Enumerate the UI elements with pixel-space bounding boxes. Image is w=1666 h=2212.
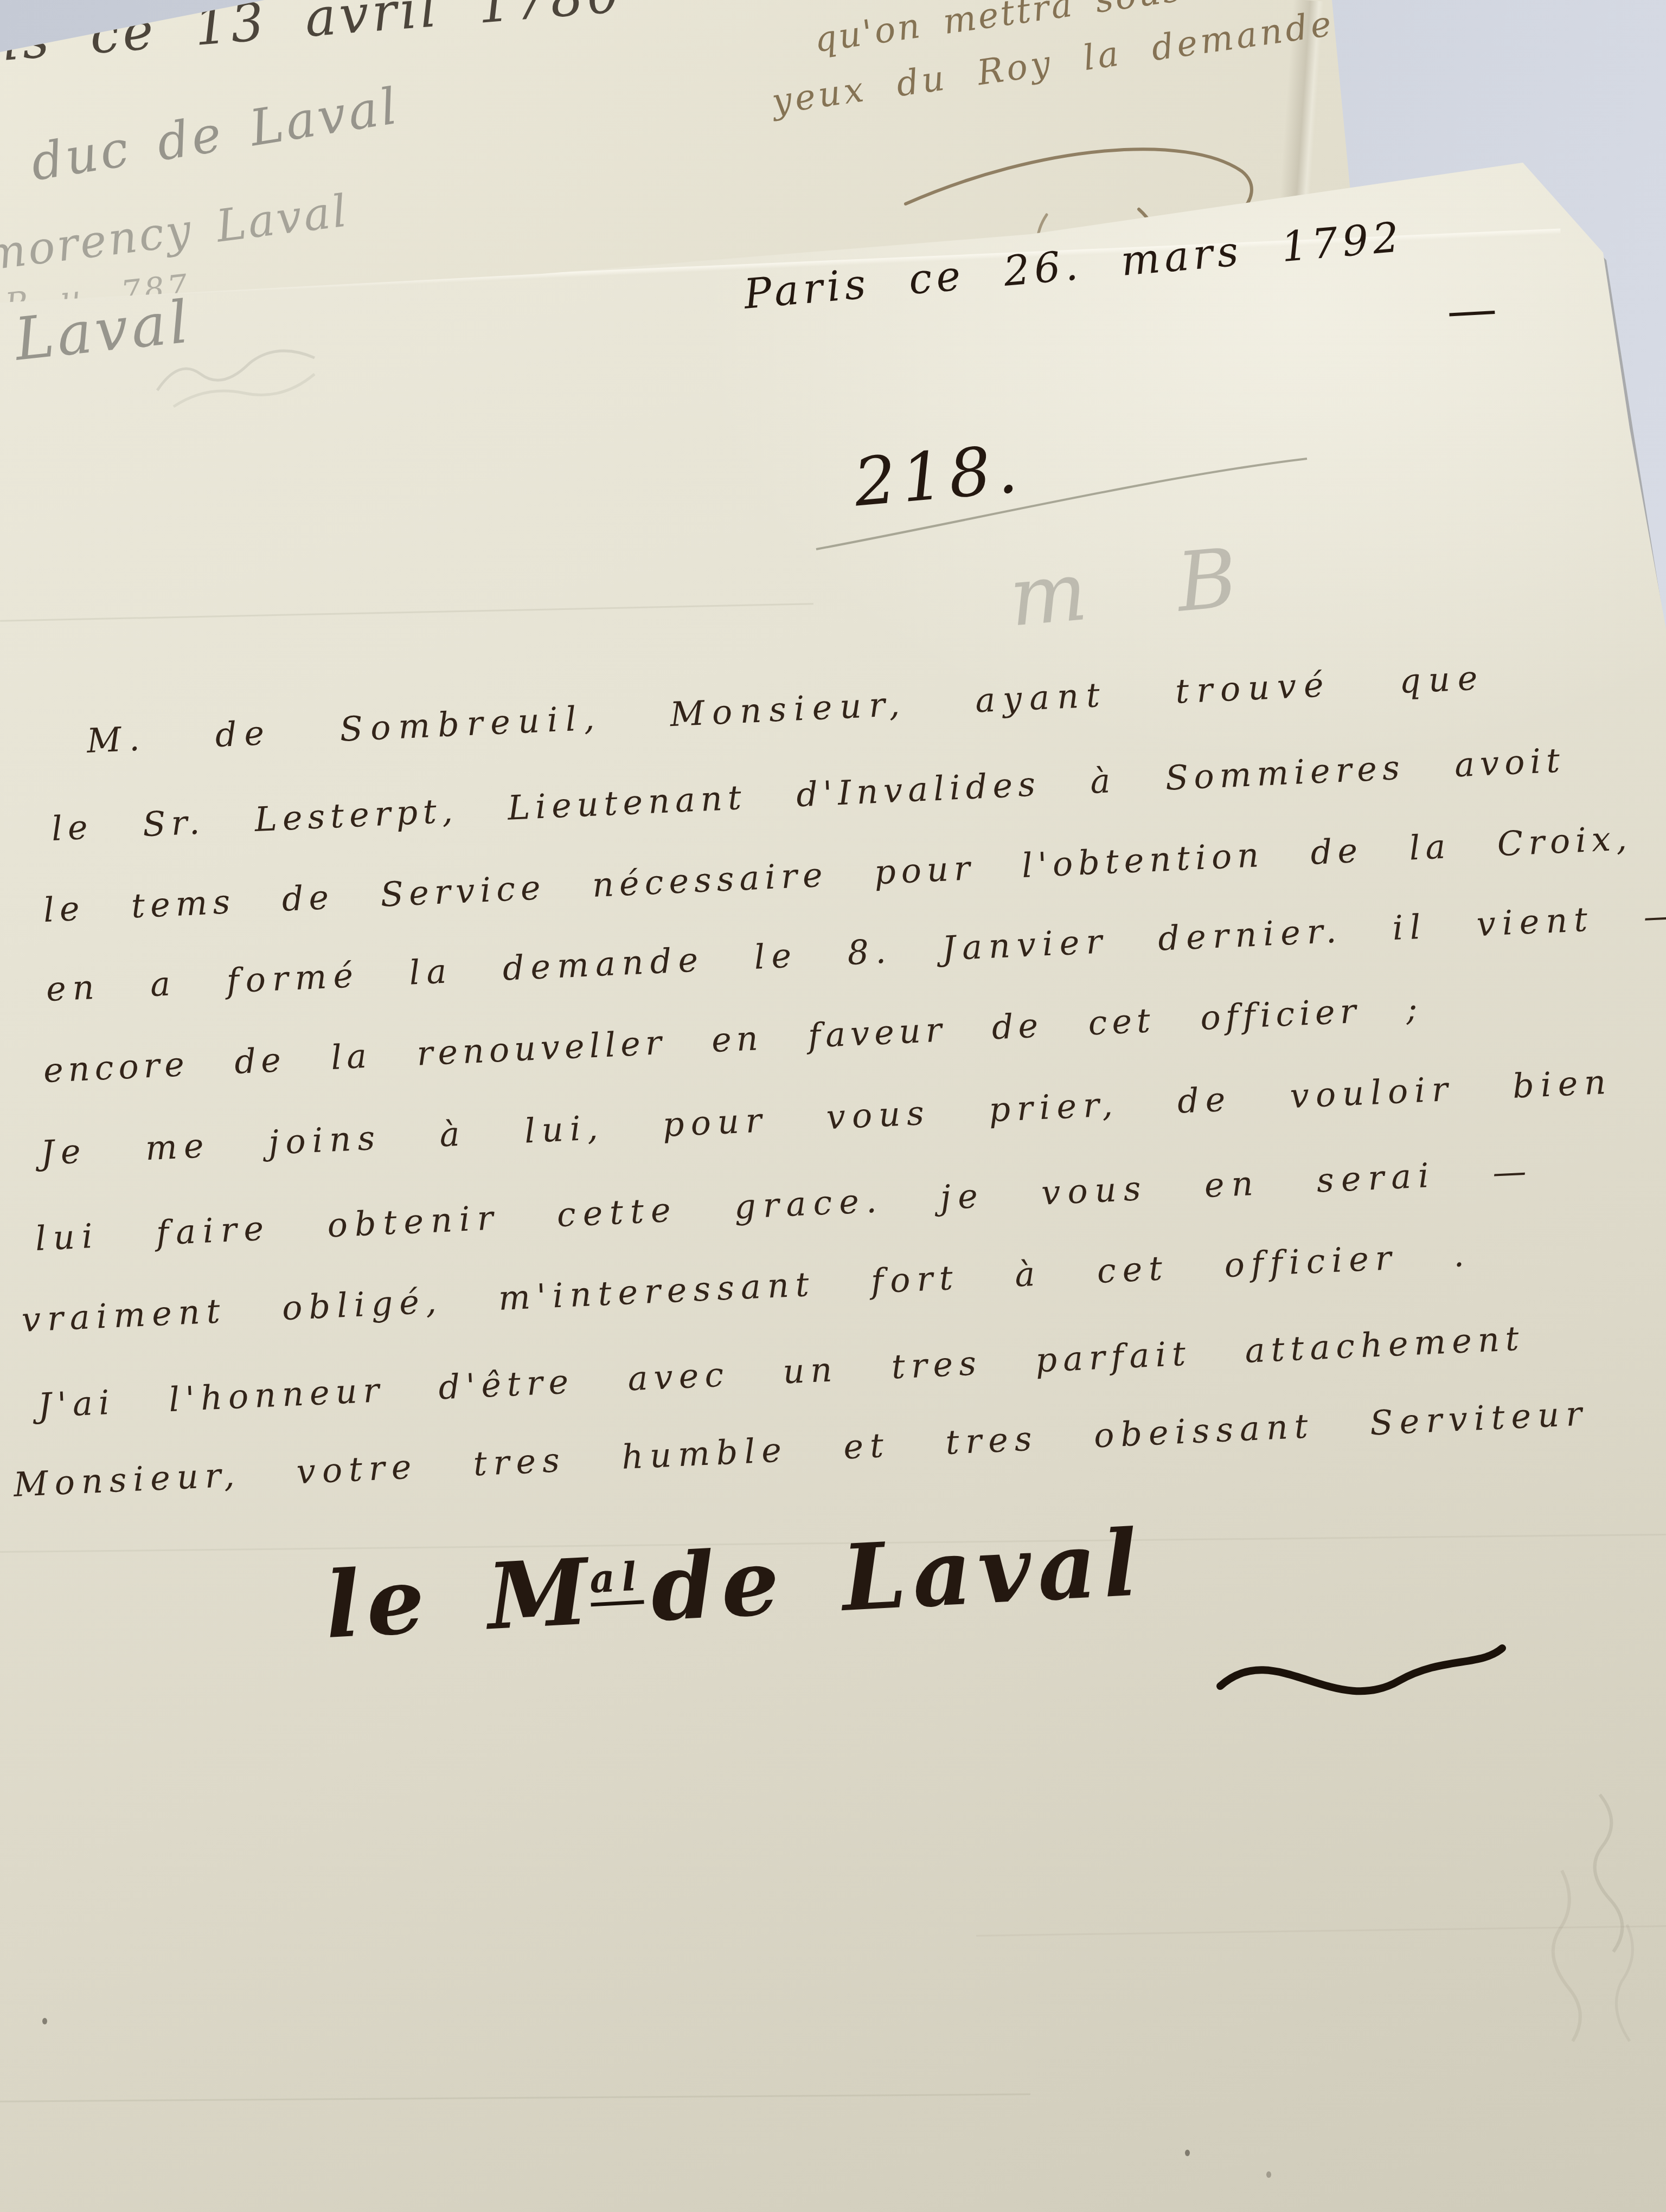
ink-speck (1185, 2150, 1190, 2156)
pencil-monogram: m B (1005, 531, 1241, 645)
main-letter-document: Laval Paris ce 26. mars 1792 — 218. m B … (0, 0, 1666, 2212)
body-line: encore de la renouveller en faveur de ce… (42, 988, 1423, 1090)
dateline-dash: — (1445, 279, 1498, 340)
body-line: vraiment obligé, m'interessant fort à ce… (21, 1234, 1471, 1340)
signature: le Malde Laval (323, 1509, 1147, 1659)
signature-tail-flourish (1215, 1616, 1508, 1735)
signature-prefix: le M (323, 1538, 598, 1659)
bleed-through-scribbles (1497, 1784, 1659, 2109)
folio-pencil-underline (813, 454, 1310, 552)
crease-line (0, 2093, 1030, 2102)
signature-suffix: de Laval (648, 1509, 1146, 1642)
signature-superscript: al (588, 1553, 644, 1606)
pencil-note-duc-de-laval: duc de Laval (27, 76, 403, 192)
body-line: M. de Sombreuil, Monsieur, ayant trouvé … (86, 658, 1486, 761)
crease-line (0, 603, 813, 621)
ink-speck (42, 2018, 47, 2024)
pencil-scribble (152, 325, 325, 417)
ink-speck (1266, 2171, 1271, 2178)
